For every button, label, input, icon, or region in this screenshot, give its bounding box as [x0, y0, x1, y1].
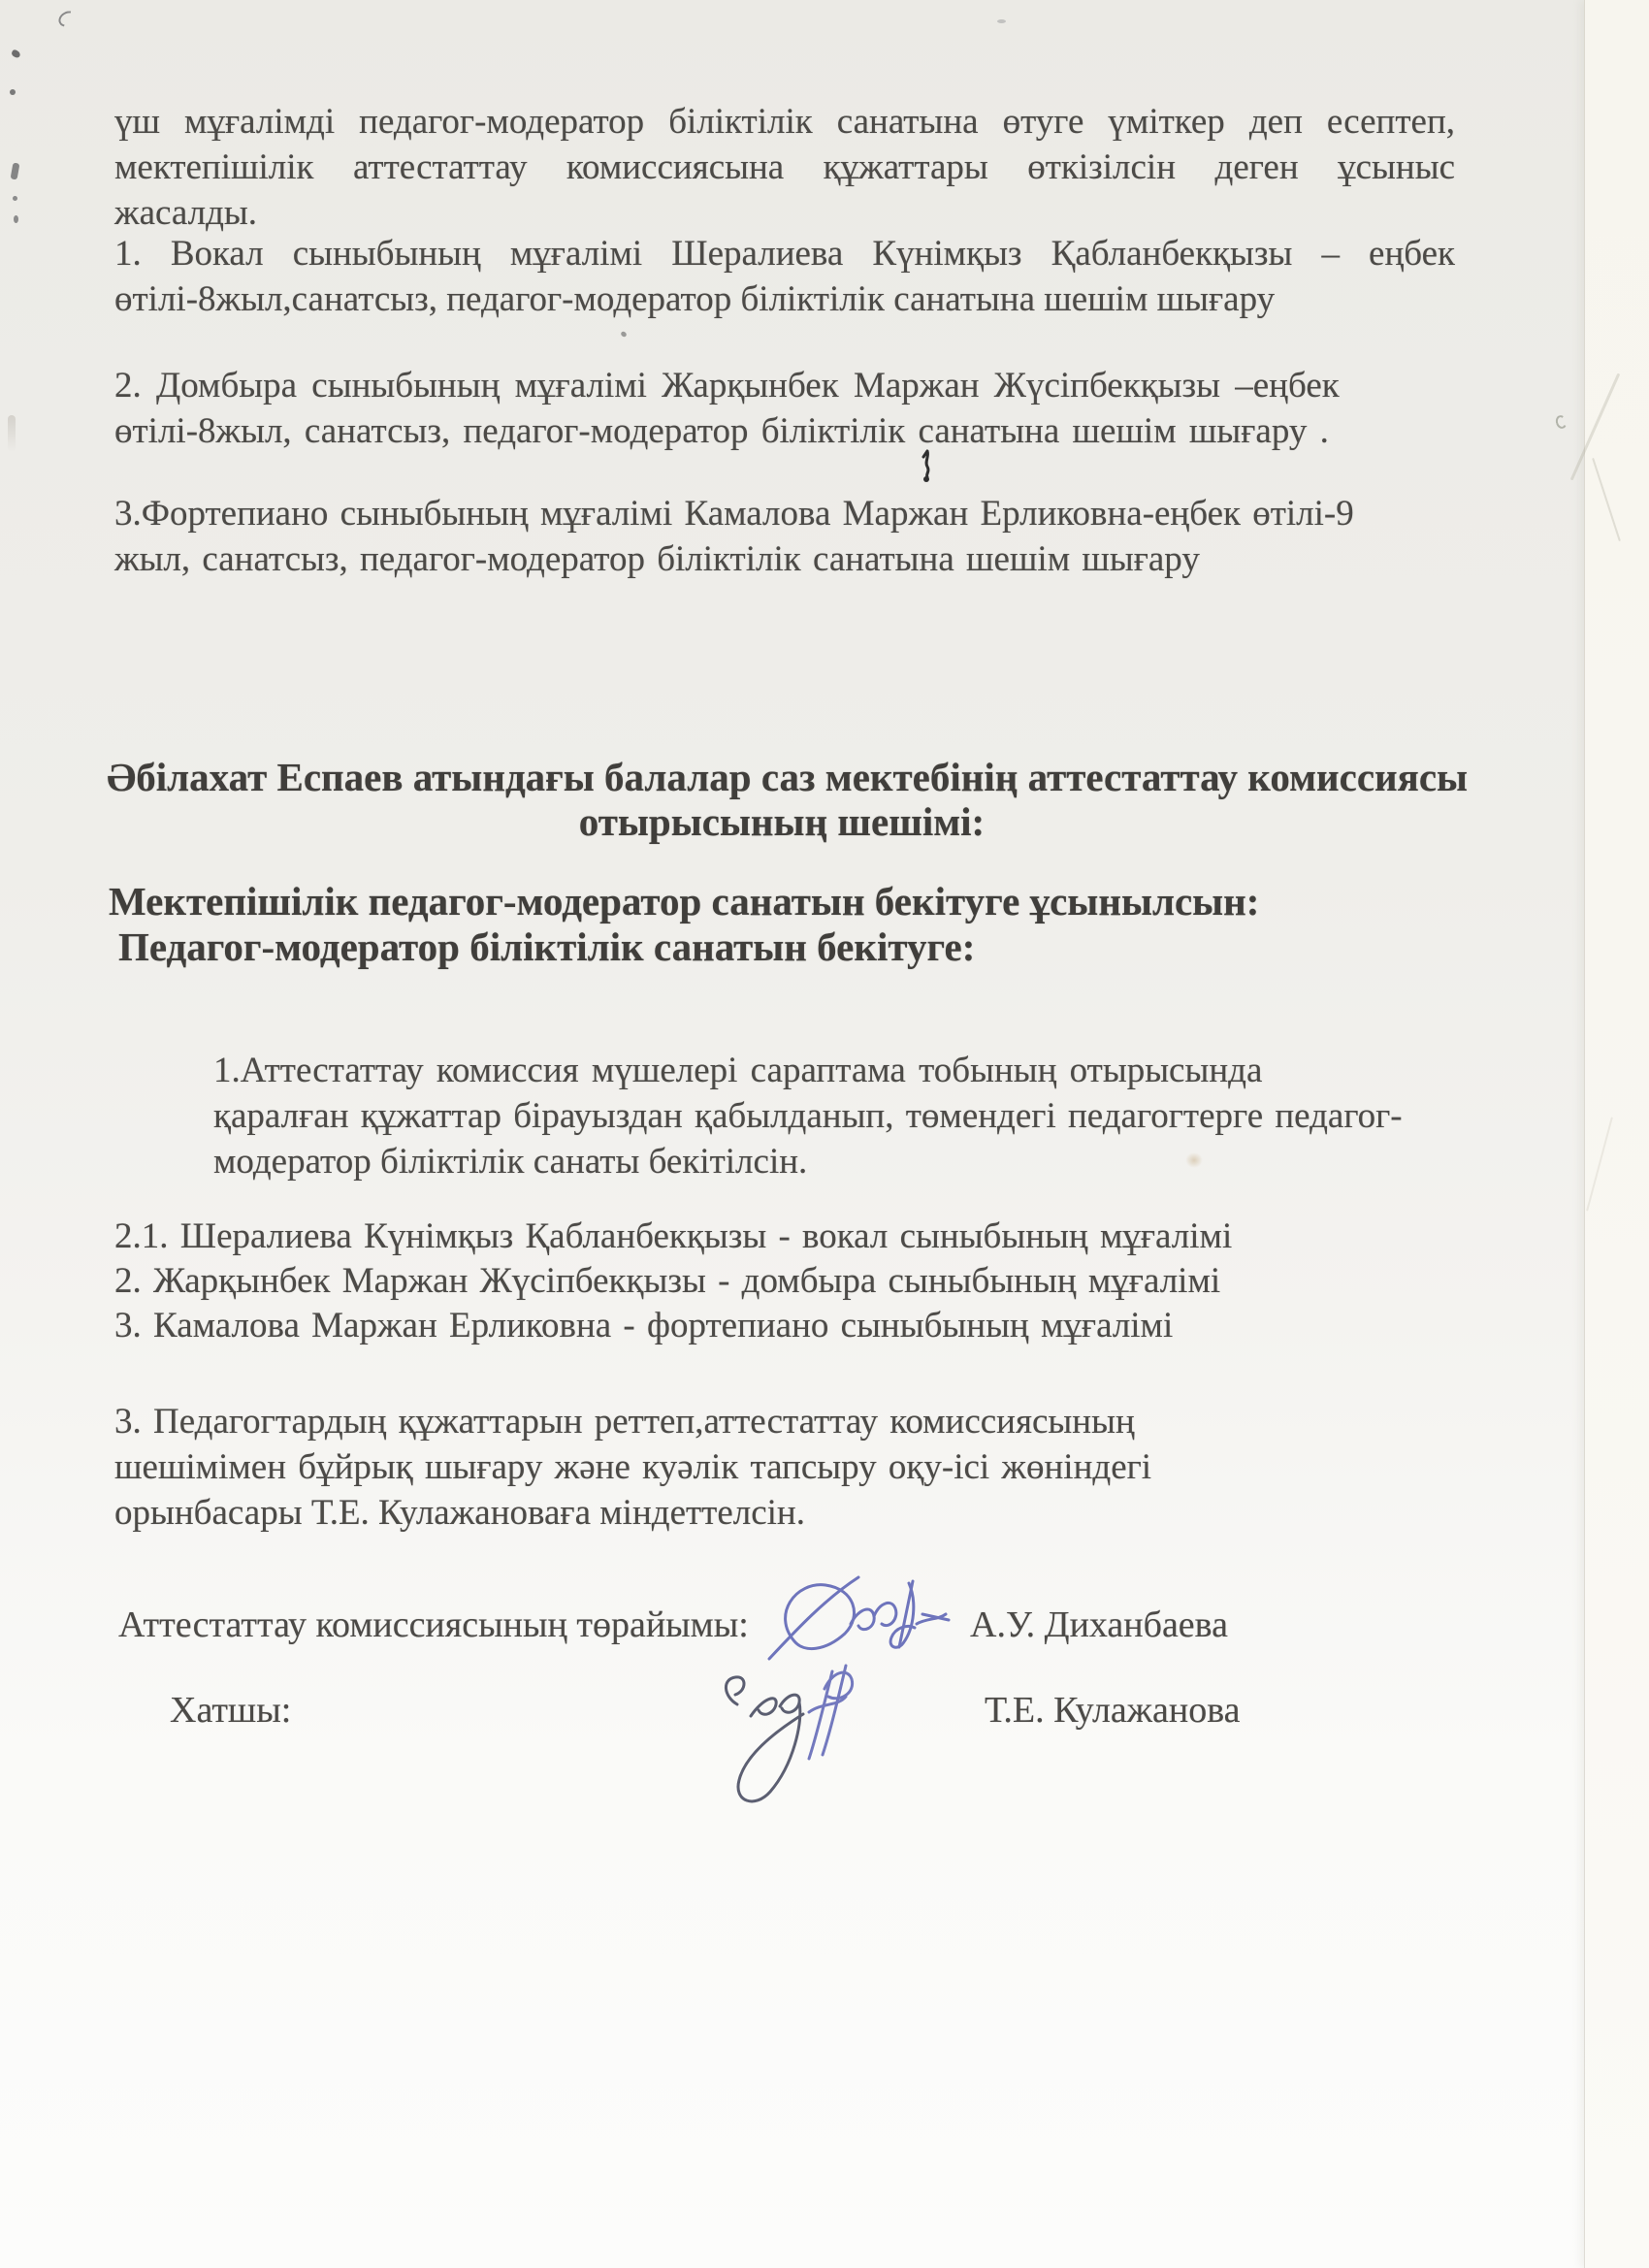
intro-line: үш мұғалімді педагог-модератор біліктілі… — [114, 99, 1455, 145]
ink-speck — [13, 196, 17, 201]
secretary-signature-label: Хатшы: — [170, 1688, 291, 1733]
subheadings: Мектепішілік педагог-модератор санатын б… — [109, 879, 1486, 970]
subheading-line: Педагог-модератор біліктілік санатын бек… — [109, 924, 1486, 970]
scan-edge-strip — [1584, 0, 1649, 2268]
item-line: өтілі-8жыл, санатсыз, педагог-модератор … — [114, 408, 1455, 454]
ink-blot — [918, 448, 937, 485]
heading-line: отырысының шешімі: — [107, 799, 1457, 844]
candidate-item-1: 1. Вокал сыныбының мұғалімі Шералиева Кү… — [114, 231, 1455, 322]
ink-speck — [8, 415, 16, 452]
list-item: 2. Жарқынбек Маржан Жүсіпбекқызы - домбы… — [114, 1259, 1492, 1304]
ink-speck — [56, 8, 80, 29]
candidate-item-3: 3.Фортепиано сыныбының мұғалімі Камалова… — [114, 491, 1455, 582]
list-item: 2.1. Шералиева Күнімқыз Қабланбекқызы - … — [114, 1215, 1492, 1259]
heading-line: Әбілахат Еспаев атындағы балалар саз мек… — [107, 755, 1457, 799]
item-line: жыл, санатсыз, педагог-модератор білікті… — [114, 536, 1455, 582]
ink-speck — [10, 89, 16, 95]
resolution-line: 1.Аттестаттау комиссия мүшелері сараптам… — [213, 1048, 1455, 1093]
item-line: 1. Вокал сыныбының мұғалімі Шералиева Кү… — [114, 231, 1455, 276]
chair-signature-name: А.У. Диханбаева — [970, 1603, 1228, 1648]
list-item: 3. Камалова Маржан Ерликовна - фортепиан… — [114, 1304, 1492, 1348]
ink-speck — [14, 215, 18, 223]
chair-signature-label: Аттестаттау комиссиясының төрайымы: — [118, 1603, 749, 1648]
secretary-signature-name: Т.Е. Кулажанова — [985, 1688, 1241, 1733]
intro-line: мектепішілік аттестаттау комиссиясына құ… — [114, 145, 1455, 190]
secretary-signature — [708, 1644, 902, 1819]
ink-speck — [997, 19, 1006, 23]
resolution-line: модератор біліктілік санаты бекітілсін. — [213, 1139, 1455, 1184]
item-line: 3.Фортепиано сыныбының мұғалімі Камалова… — [114, 491, 1455, 536]
paper-spot — [1185, 1152, 1203, 1168]
approved-list: 2.1. Шералиева Күнімқыз Қабланбекқызы - … — [114, 1215, 1492, 1348]
scanned-document-page: үш мұғалімді педагог-модератор біліктілі… — [0, 0, 1649, 2268]
resolution-line: қаралған құжаттар бірауыздан қабылданып,… — [213, 1093, 1455, 1139]
intro-line: жасалды. — [114, 190, 1455, 236]
ink-speck — [1554, 414, 1568, 430]
item-line: өтілі-8жыл,санатсыз, педагог-модератор б… — [114, 276, 1455, 322]
assignment-line: 3. Педагогтардың құжаттарын реттеп,аттес… — [114, 1399, 1395, 1444]
ink-speck — [11, 49, 21, 58]
item-line: 2. Домбыра сыныбының мұғалімі Жарқынбек … — [114, 363, 1455, 408]
candidate-item-2: 2. Домбыра сыныбының мұғалімі Жарқынбек … — [114, 363, 1455, 454]
decision-heading: Әбілахат Еспаев атындағы балалар саз мек… — [107, 755, 1457, 844]
assignment-line: орынбасары Т.Е. Кулажановаға міндеттелсі… — [114, 1490, 1395, 1536]
resolution-paragraph: 1.Аттестаттау комиссия мүшелері сараптам… — [213, 1048, 1455, 1184]
assignment-paragraph: 3. Педагогтардың құжаттарын реттеп,аттес… — [114, 1399, 1395, 1536]
subheading-line: Мектепішілік педагог-модератор санатын б… — [109, 879, 1486, 924]
intro-paragraph: үш мұғалімді педагог-модератор біліктілі… — [114, 99, 1455, 236]
ink-speck — [620, 331, 628, 339]
assignment-line: шешімімен бұйрық шығару және куәлік тапс… — [114, 1444, 1395, 1490]
ink-speck — [11, 163, 20, 180]
